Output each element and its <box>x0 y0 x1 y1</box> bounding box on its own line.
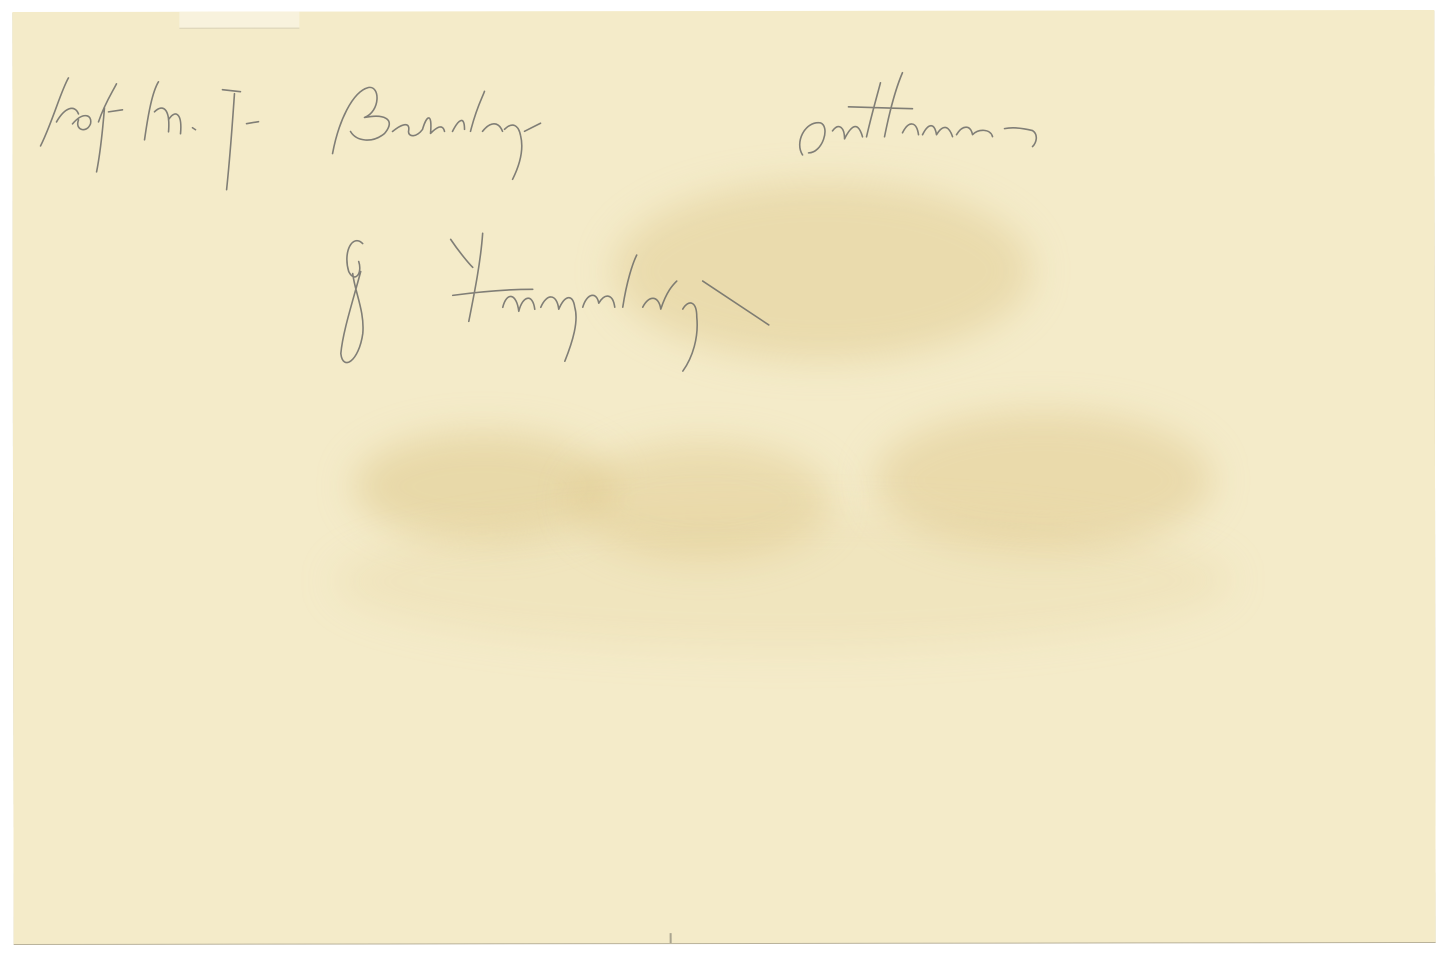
pencil-handwriting <box>12 10 1434 12</box>
index-card: Ref M. J. Berkeley's outlines of Fungolo… <box>12 10 1435 944</box>
card-edge-nick <box>670 933 672 944</box>
